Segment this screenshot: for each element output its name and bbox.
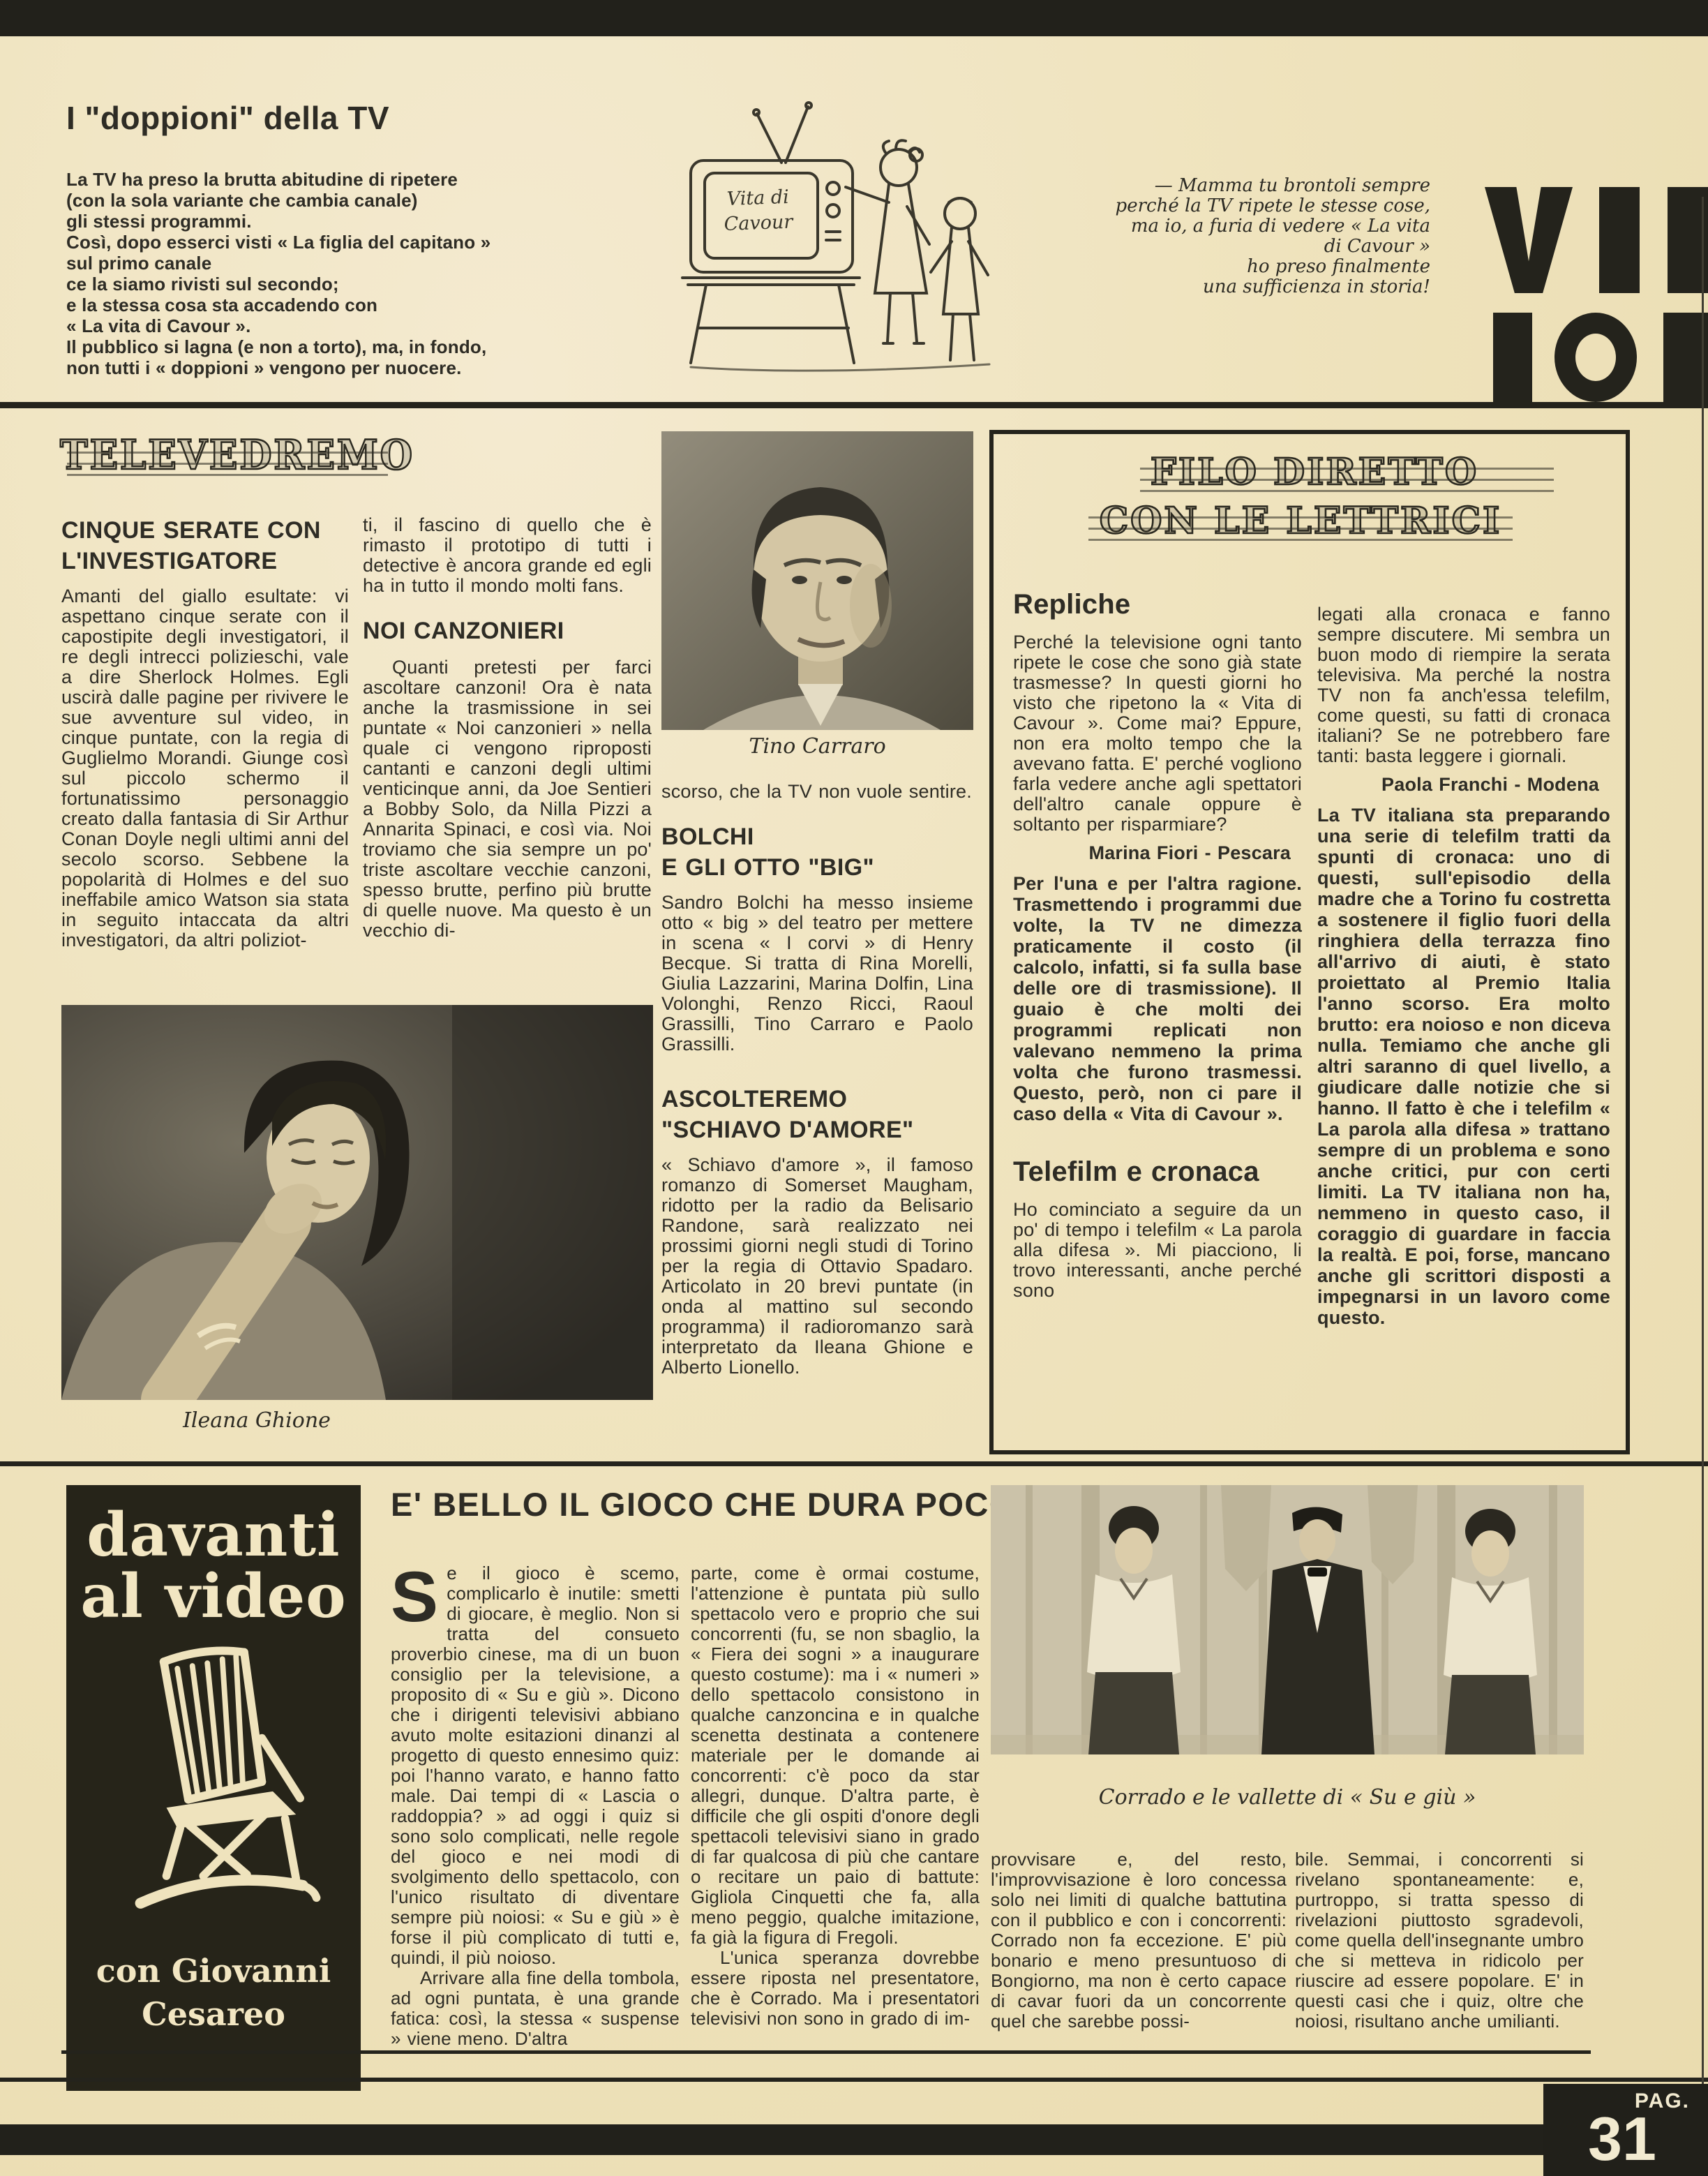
bolchi-ascolteremo-column: scorso, che la TV non vuole sentire. BOL…: [661, 782, 973, 1431]
bolchi-title: BOLCHI E GLI OTTO "BIG": [661, 821, 973, 883]
column-continuation: ti, il fascino di quello che è rimasto i…: [363, 515, 652, 596]
top-black-bar: [0, 0, 1708, 36]
repliche-title: Repliche: [1013, 589, 1302, 620]
cinque-serate-title: CINQUE SERATE CON L'INVESTIGATORE: [61, 515, 349, 576]
gioco-column-1: Se il gioco è scemo, complicarlo è inuti…: [391, 1563, 680, 2052]
tino-carraro-portrait: [661, 431, 973, 730]
gioco-col1-para2: Arrivare alla fine della tombola, ad ogn…: [391, 1968, 680, 2049]
gioco-col2-para1: parte, come è ormai costume, l'attenzion…: [691, 1563, 980, 1948]
noi-canzonieri-article: ti, il fascino di quello che è rimasto i…: [363, 515, 652, 1000]
page-edge-line: [1702, 197, 1704, 2124]
corrado-photo: [991, 1485, 1584, 1754]
section-divider: [0, 1461, 1708, 1466]
telefilm-letter-part1: Ho cominciato a seguire da un po' di tem…: [1013, 1200, 1302, 1301]
gioco-headline: E' BELLO IL GIOCO CHE DURA POCO: [391, 1485, 1033, 1523]
drop-cap: S: [391, 1569, 438, 1625]
gioco-col2-para2: L'unica speranza dovrebbe essere riposta…: [691, 1948, 980, 2029]
cropped-headline-fragment: [1599, 187, 1640, 293]
letter-signature: Marina Fiori - Pescara: [1013, 843, 1302, 863]
televedremo-header: TELEVEDREMO: [60, 431, 395, 490]
repliche-letter: Perché la televisione ogni tanto ripete …: [1013, 632, 1302, 835]
gioco-column-4: bile. Semmai, i concorrenti si rivelano …: [1295, 1849, 1584, 2045]
bolchi-body: Sandro Bolchi ha messo insieme otto « bi…: [661, 893, 973, 1055]
column-continuation: scorso, che la TV non vuole sentire.: [661, 782, 973, 802]
doppioni-article: I "doppioni" della TV La TV ha preso la …: [66, 99, 645, 378]
filo-left-column: Repliche Perché la televisione ogni tant…: [1013, 589, 1302, 1433]
tino-carraro-photo: [661, 431, 973, 730]
cropped-headline-fragment: [1493, 313, 1532, 402]
tv-cartoon-icon: Vita di Cavour: [607, 82, 1005, 396]
cinque-serate-article: CINQUE SERATE CON L'INVESTIGATORE Amanti…: [61, 515, 349, 997]
magazine-page: I "doppioni" della TV La TV ha preso la …: [0, 0, 1708, 2176]
tv-screen-text-line2: Cavour: [724, 211, 795, 235]
davanti-title-line1: davanti: [66, 1505, 361, 1566]
tv-cartoon-illustration: Vita di Cavour: [607, 82, 1005, 396]
ascolteremo-body: « Schiavo d'amore », il famoso romanzo d…: [661, 1155, 973, 1378]
cinque-serate-body: Amanti del giallo esultate: vi aspettano…: [61, 586, 349, 951]
corrado-and-vallette: [991, 1485, 1584, 1754]
rocking-chair-icon: [98, 1636, 329, 1936]
bottom-black-bar: [0, 2124, 1708, 2155]
telefilm-title: Telefilm e cronaca: [1013, 1156, 1302, 1187]
doppioni-body: La TV ha preso la brutta abitudine di ri…: [66, 169, 645, 378]
filo-diretto-header-line1: FILO DIRETTO: [1042, 451, 1587, 500]
letter-signature: Paola Franchi - Modena: [1317, 775, 1610, 795]
gioco-column-2: parte, come è ormai costume, l'attenzion…: [691, 1563, 980, 2052]
noi-canzonieri-title: NOI CANZONIERI: [363, 616, 652, 646]
ileana-ghione-photo: [61, 1005, 653, 1400]
ileana-ghione-caption: Ileana Ghione: [61, 1408, 452, 1433]
section-divider: [0, 402, 1708, 408]
davanti-credit-line2: Cesareo: [66, 1992, 361, 2036]
corrado-caption: Corrado e le vallette di « Su e giù »: [991, 1785, 1584, 1810]
footer-rule: [61, 2050, 1591, 2054]
filo-right-column: legati alla cronaca e fanno sempre discu…: [1317, 604, 1610, 1435]
ascolteremo-title: ASCOLTEREMO "SCHIAVO D'AMORE": [661, 1084, 973, 1145]
doppioni-title: I "doppioni" della TV: [66, 99, 645, 137]
footer-rule: [0, 2078, 1708, 2082]
telefilm-letter-part2: legati alla cronaca e fanno sempre discu…: [1317, 604, 1610, 766]
davanti-al-video-box: davanti al video con Giovanni Cesareo: [66, 1485, 361, 2091]
telefilm-reply: La TV italiana sta preparando una serie …: [1317, 805, 1610, 1328]
tv-screen-text-line1: Vita di: [726, 186, 789, 210]
page-number-box: PAG. 31: [1543, 2084, 1708, 2176]
tino-carraro-caption: Tino Carraro: [661, 734, 973, 759]
gioco-column-3: provvisare e, del resto, l'improvvisazio…: [991, 1849, 1287, 2045]
page-number: 31: [1588, 2103, 1656, 2175]
repliche-reply: Per l'una e per l'altra ragione. Trasmet…: [1013, 873, 1302, 1124]
davanti-credit-line1: con Giovanni: [66, 1949, 361, 1992]
ileana-ghione-portrait: [61, 1005, 653, 1400]
cartoon-caption: — Mamma tu brontoli sempre perché la TV …: [1109, 176, 1430, 297]
cropped-headline-fragment: [1485, 187, 1573, 293]
cropped-headline-fragment: [1555, 313, 1637, 402]
noi-canzonieri-body: Quanti pretesti per farci ascoltare canz…: [363, 657, 652, 941]
filo-diretto-header-line2: CON LE LETTRICI: [1021, 500, 1580, 549]
filo-diretto-box: FILO DIRETTO CON LE LETTRICI Repliche Pe…: [989, 430, 1630, 1454]
davanti-title-line2: al video: [66, 1566, 361, 1627]
